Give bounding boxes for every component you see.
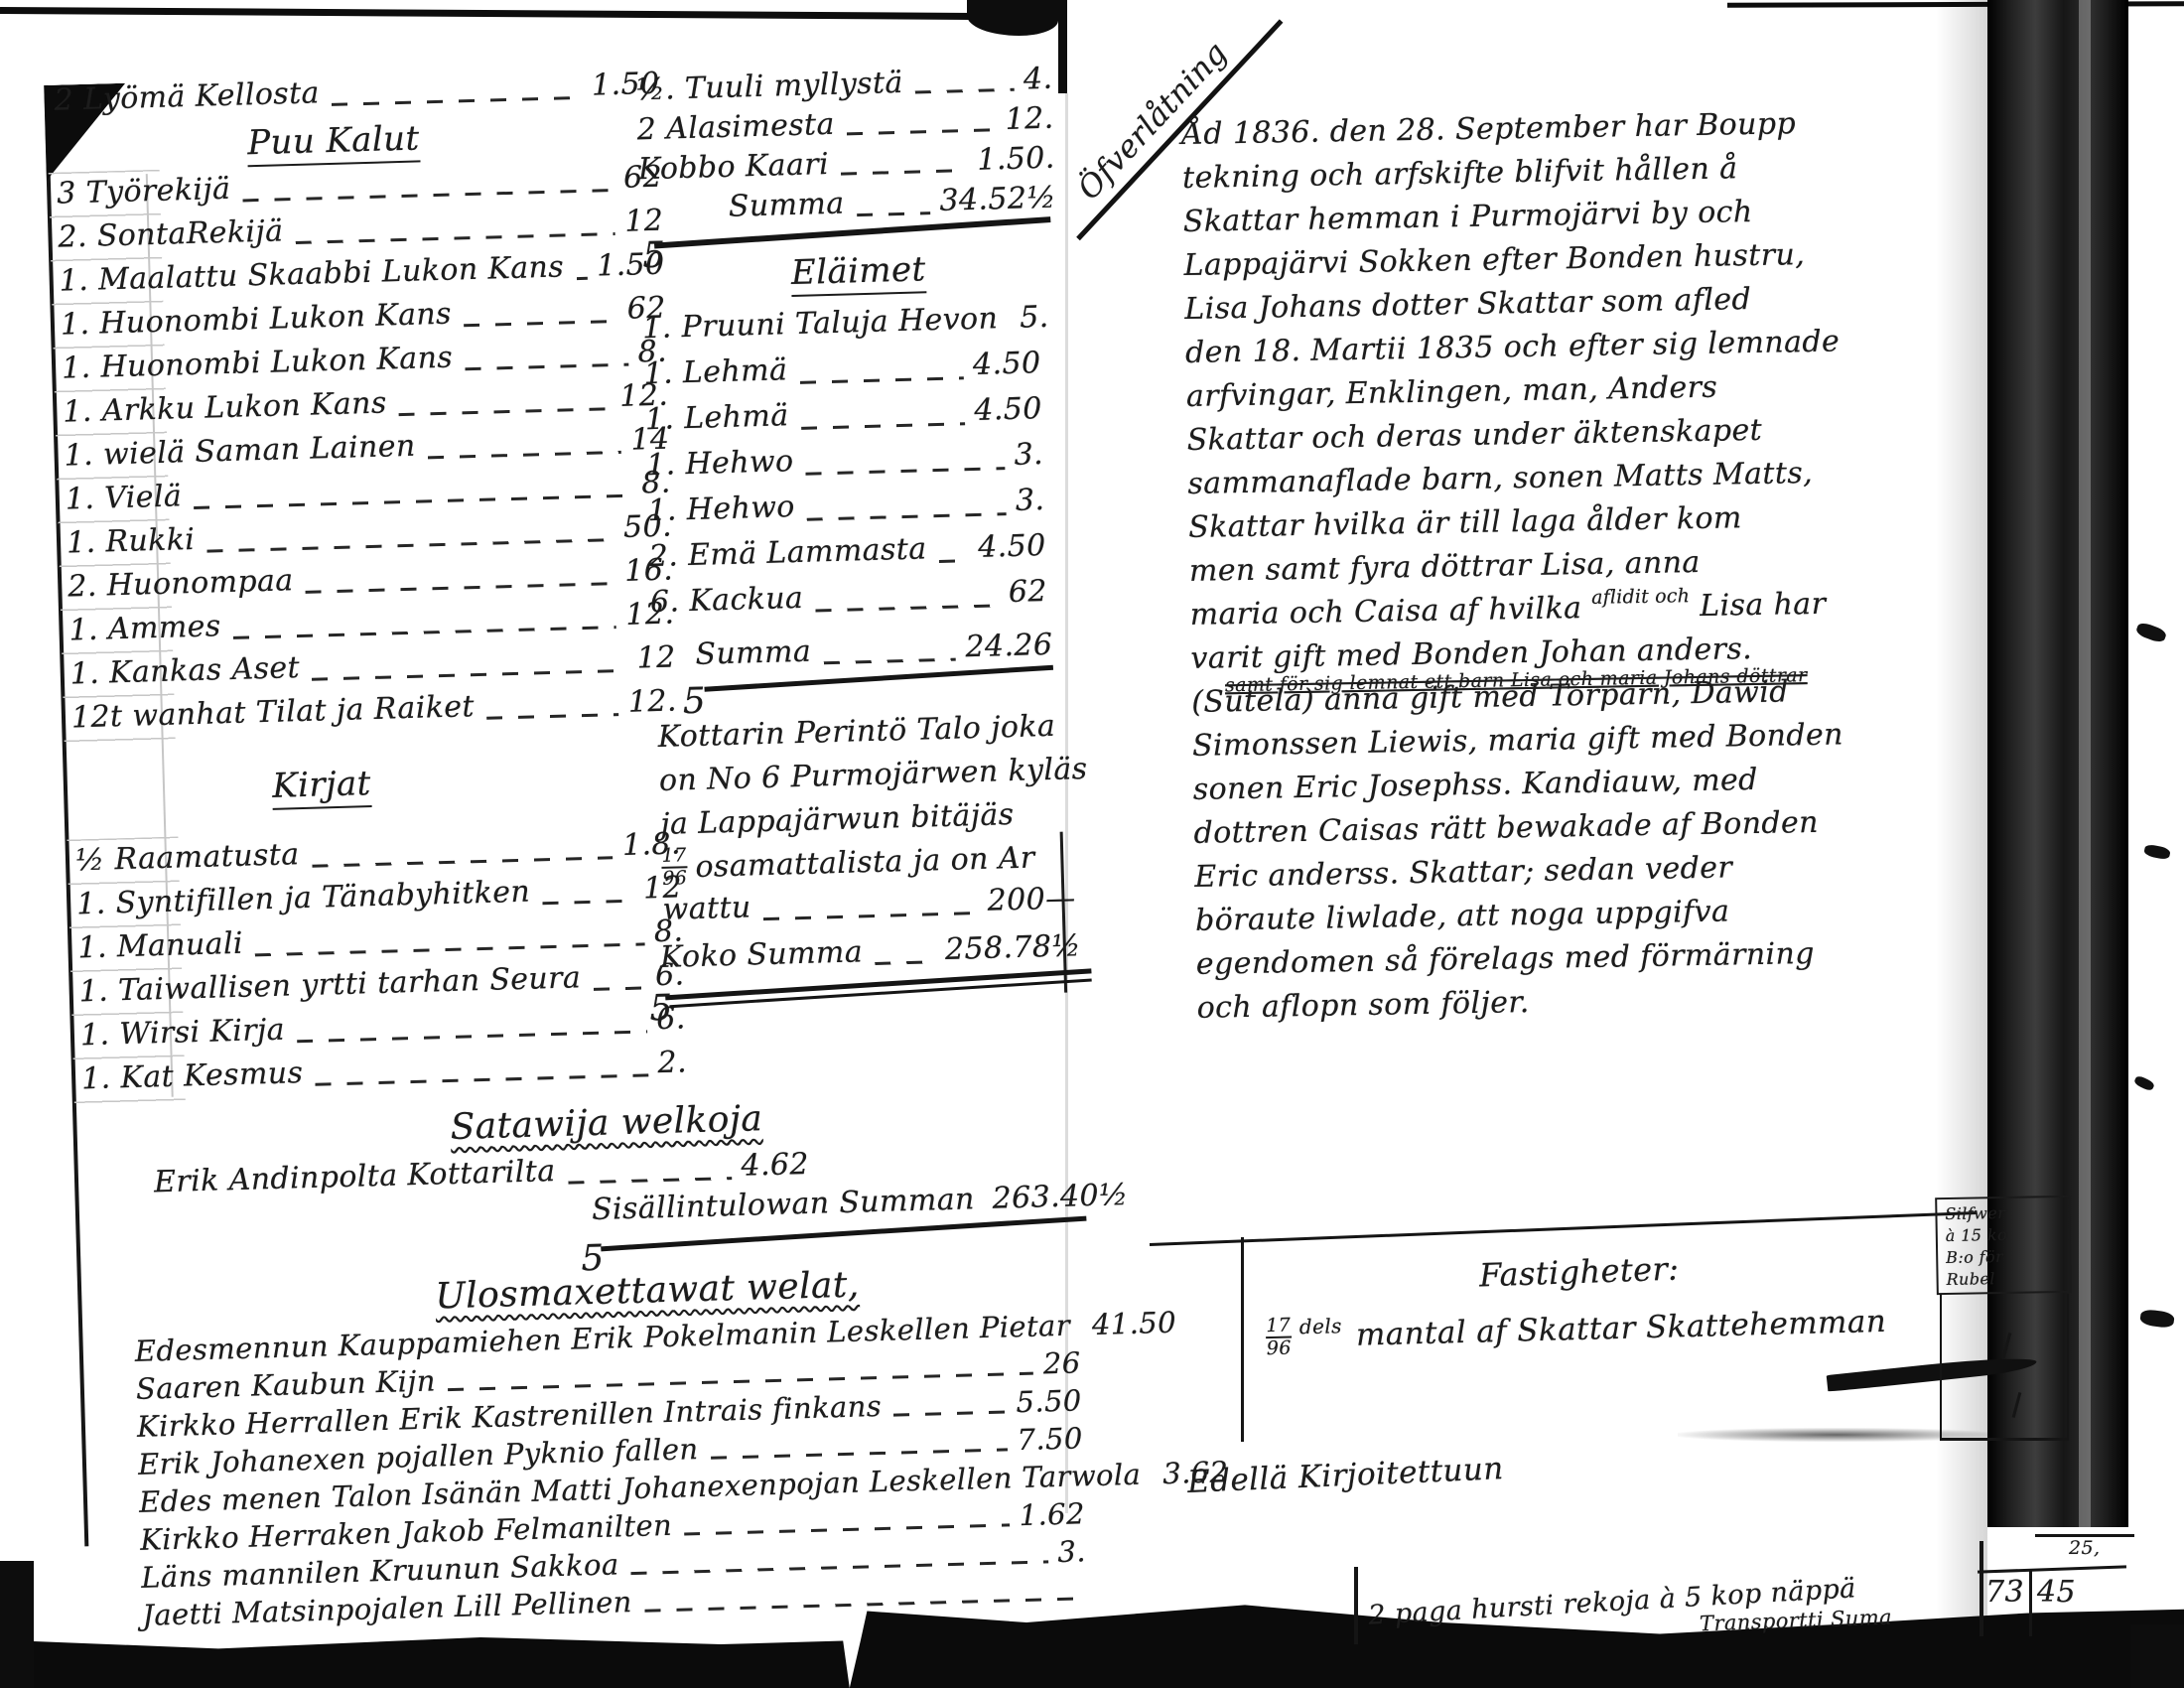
item-label: Kobbo Kaari — [637, 147, 829, 187]
dash-leader — [644, 1597, 1077, 1612]
item-value: 41.50 — [1091, 1306, 1176, 1341]
dash-leader — [297, 1030, 646, 1043]
sum-flourish: 5 — [649, 988, 673, 1030]
deed-paragraph: Åd 1836. den 28. September har Boupptekn… — [1181, 103, 2021, 1035]
summa-value: 24.26 — [965, 628, 1053, 664]
currency-note-line: B:o för — [1946, 1245, 2061, 1269]
total-rubles: 73 — [1985, 1575, 2024, 1610]
dash-leader — [306, 582, 615, 594]
interline-note: aflidit och — [1591, 585, 1690, 609]
dash-leader — [841, 169, 967, 176]
section-header-elaimet: Eläimet — [773, 249, 943, 294]
dash-leader — [857, 211, 930, 216]
dash-leader — [296, 231, 615, 243]
scan-border-top-left — [0, 7, 1056, 20]
section-header-puu-kalut: Puu Kalut — [194, 117, 473, 165]
dash-leader — [332, 95, 582, 105]
item-value: 5. — [1020, 300, 1049, 336]
item-label: Saaren Kaubun Kijn — [135, 1363, 436, 1405]
paragraph-line: osamattalista ja on Ar — [695, 840, 1035, 885]
item-value: 1.50. — [977, 141, 1055, 178]
item-label: 2. Emä Lammasta — [648, 531, 927, 574]
item-label: 1. Hehwo — [646, 444, 794, 483]
sum-flourish: 5 — [642, 235, 666, 277]
dash-leader — [801, 422, 965, 430]
table-rule — [1150, 1211, 1978, 1246]
currency-note-line: Rubel — [1946, 1267, 2061, 1291]
deed-paragraph-lines: Åd 1836. den 28. September har Boupptekn… — [1181, 103, 2013, 598]
carry-figure-small: 25, — [2069, 1537, 2100, 1559]
item-label: 3 Työrekijä — [57, 172, 231, 211]
dash-leader — [486, 713, 618, 720]
summa-value: 263.40½ — [992, 1178, 1129, 1216]
dash-leader — [823, 657, 955, 664]
dash-leader — [233, 626, 616, 639]
item-value: 12. — [627, 683, 677, 719]
dash-leader — [939, 559, 969, 563]
summa-value: 258.78½ — [945, 928, 1082, 967]
item-value: 7.50 — [1017, 1421, 1083, 1457]
deed-paragraph-lines: (Sutela) anna gift med Torparn, DawidSim… — [1191, 670, 2021, 1034]
total-cell-line — [1978, 1565, 2126, 1573]
scan-corner-bottom-left — [0, 1561, 34, 1688]
item-value: 4.50 — [974, 391, 1042, 428]
item-label: ½ Raamatusta — [75, 837, 300, 878]
item-value: 1.62 — [1019, 1496, 1085, 1532]
item-label: 2 Lyömä Kellosta — [54, 75, 320, 117]
item-label: 1. Vielä — [65, 479, 182, 516]
item-label: wattu — [662, 890, 751, 926]
welat-rows: Edesmennun Kauppamiehen Erik Pokelmanin … — [134, 1308, 1087, 1635]
dash-leader — [568, 1177, 732, 1185]
fastigheter-row: 17 96 dels mantal af Skattar Skattehemma… — [1266, 1301, 1887, 1358]
dash-leader — [800, 376, 964, 384]
item-label: 1. Pruuni Taluja Hevon — [642, 301, 999, 346]
dash-leader — [464, 319, 617, 326]
puu-kalut-rows: 3 Työrekijä 62 2. SontaRekijä 12 1. Maal… — [57, 160, 678, 745]
item-label: 1. Manuali — [77, 926, 243, 966]
item-value: 3. — [1015, 483, 1044, 518]
item-label: ½. Tuuli myllystä — [635, 66, 903, 108]
dash-leader — [631, 1560, 1048, 1575]
item-label: 1. Lehmä — [643, 352, 788, 391]
item-value: 5.50 — [1016, 1383, 1082, 1419]
item-label: 2. Huonompaa — [68, 563, 294, 604]
dash-leader — [915, 87, 1014, 93]
dash-leader — [255, 942, 644, 956]
margin-note: Edellä Kirjoitettuun — [1186, 1451, 1504, 1500]
dash-leader — [807, 512, 1006, 521]
item-label: 1. Hehwo — [647, 490, 795, 528]
dash-leader — [194, 493, 631, 508]
item-value: 26 — [1042, 1345, 1081, 1380]
scan-corner-bottom-right — [2130, 1624, 2184, 1688]
summa-label: Summa — [695, 634, 812, 672]
total-cell-line — [2035, 1534, 2134, 1537]
fastighet-text: mantal af Skattar Skattehemman — [1356, 1304, 1887, 1353]
table-cell-line — [1241, 1237, 1244, 1442]
currency-note-line: Silfwer — [1945, 1201, 2060, 1225]
dash-leader — [763, 912, 978, 920]
dash-leader — [593, 986, 645, 990]
section-header-satawija-welkoja: Satawija welkoja — [450, 1098, 763, 1148]
item-value: 12 — [636, 639, 676, 675]
dash-leader — [399, 407, 611, 416]
dash-leader — [815, 604, 999, 612]
dash-leader — [806, 467, 1005, 476]
inventory-row: 2 Lyömä Kellosta 1.50 — [54, 67, 660, 127]
book-edge-highlight — [2079, 0, 2091, 1527]
item-label: 1. Ammes — [68, 609, 221, 647]
fraction: 17 96 — [1266, 1317, 1293, 1359]
total-cell-line — [2029, 1569, 2032, 1636]
section-header-ulosmaxettawat-welat: Ulosmaxettawat welat, — [435, 1265, 860, 1318]
item-label: 1. Rukki — [67, 522, 196, 561]
item-label: Erik Andinpolta Kottarilta — [154, 1154, 556, 1199]
dash-leader — [847, 128, 996, 135]
item-label: 2 Alasimesta — [636, 107, 835, 148]
dash-leader — [893, 1410, 1007, 1416]
item-label: 2. SontaRekijä — [58, 213, 284, 254]
summa-label: Summa — [638, 187, 845, 227]
dash-leader — [243, 189, 614, 202]
dash-leader — [316, 1073, 648, 1085]
dash-leader — [711, 1448, 1008, 1459]
edge-ink-mark — [2139, 1309, 2175, 1330]
item-label: 1. Lehmä — [644, 398, 789, 437]
dash-leader — [312, 668, 627, 680]
currency-note-box: Silfwerà 15 koB:o förRubel — [1935, 1196, 2072, 1295]
kirjat-rows: ½ Raamatusta 1.8. 1. Syntifillen ja Täna… — [75, 826, 688, 1105]
item-value: 4.50 — [973, 346, 1041, 382]
fastigheter-header: Fastigheter: — [1478, 1249, 1680, 1294]
summa-value: 34.52½ — [939, 181, 1056, 218]
item-value: 4. — [1024, 62, 1053, 97]
currency-note-line: à 15 ko — [1946, 1223, 2061, 1247]
edge-ink-mark — [2135, 621, 2168, 643]
fraction: 17 96 — [661, 846, 688, 889]
item-value: 3. — [1014, 437, 1043, 473]
dash-leader — [684, 1523, 1010, 1535]
margin-tick-line — [1354, 1567, 1358, 1644]
property-paragraph: Kottarin Perintö Talo jokaon No 6 Purmoj… — [657, 704, 1088, 847]
item-value: 2. — [657, 1045, 687, 1080]
inventory-row: 6. Kackua 62 — [650, 574, 1048, 631]
fraction-suffix: dels — [1299, 1314, 1343, 1338]
total-kopeks: 45 — [2037, 1575, 2076, 1610]
item-label: 1. Kat Kesmus — [81, 1055, 304, 1096]
table-cell-line — [2067, 1294, 2069, 1441]
total-cell-line — [1979, 1541, 1983, 1636]
item-label: 6. Kackua — [650, 581, 804, 620]
dash-leader — [428, 450, 621, 458]
item-value: 62 — [1008, 574, 1047, 610]
scan-ink-blob — [967, 0, 1058, 36]
item-value: 12. — [1005, 101, 1054, 137]
item-value: 3. — [1057, 1534, 1086, 1569]
animal-rows: 1. Pruuni Taluja Hevon 5. 1. Lehmä 4.50 … — [642, 300, 1048, 631]
dash-leader — [576, 276, 587, 279]
dash-leader — [875, 960, 935, 965]
table-cell-line — [1940, 1294, 1942, 1441]
col2-top-rows: ½. Tuuli myllystä 4. 2 Alasimesta 12. Ko… — [635, 62, 1055, 193]
section-header-kirjat: Kirjat — [226, 763, 416, 807]
dash-leader — [542, 899, 633, 905]
dash-leader — [312, 856, 614, 867]
summa-label: Koko Summa — [660, 934, 864, 975]
table-cell-line — [1940, 1438, 2069, 1441]
item-value: 4.62 — [741, 1147, 809, 1184]
property-value-row: wattu 200— — [662, 881, 1076, 936]
edge-ink-mark — [2143, 843, 2171, 860]
item-label: 1. Wirsi Kirja — [79, 1013, 285, 1054]
dash-leader — [207, 538, 614, 552]
inventory-page: 2 Lyömä Kellosta 1.50 Puu Kalut 3 Työrek… — [44, 49, 1120, 1645]
edge-ink-mark — [2133, 1074, 2155, 1092]
item-label: 1. Kankas Aset — [69, 650, 300, 691]
dash-leader — [465, 362, 628, 370]
document-scan: 2 Lyömä Kellosta 1.50 Puu Kalut 3 Työrek… — [0, 0, 2184, 1688]
item-value: 4.50 — [978, 528, 1046, 565]
